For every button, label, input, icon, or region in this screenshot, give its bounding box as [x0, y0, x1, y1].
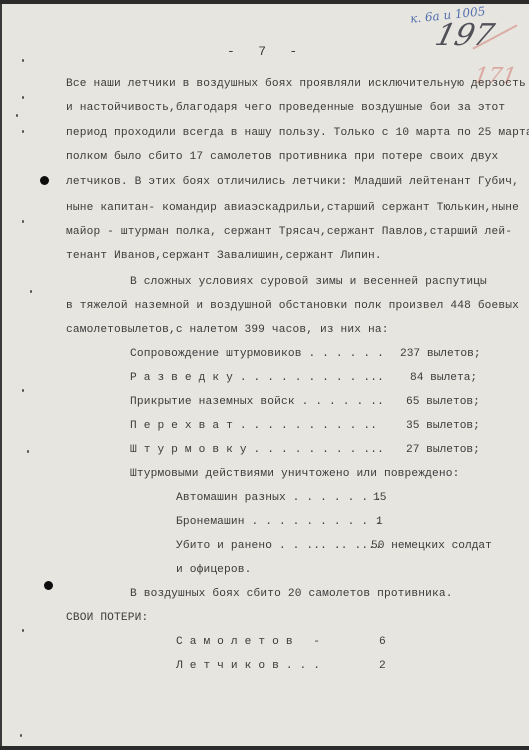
speck-mark [22, 59, 24, 62]
punch-hole-icon [44, 581, 53, 590]
text-line: и настойчивость,благодаря чего проведенн… [66, 102, 505, 114]
text-line: майор - штурман полка, сержант Трясач,се… [66, 226, 512, 238]
destroyed-value: 15 [373, 492, 386, 504]
speck-mark [27, 450, 29, 453]
sortie-value: 65 вылетов; [406, 396, 480, 408]
sortie-label: П е р е х в а т . . . . . . . . . .. [130, 420, 377, 432]
handwritten-folio-number: 197 [432, 18, 498, 53]
loss-label: С а м о л е т о в - [176, 636, 320, 648]
sortie-label: Сопровождение штурмовиков . . . . . . [130, 348, 384, 360]
speck-mark [22, 130, 24, 133]
speck-mark [22, 220, 24, 223]
sortie-label: Прикрытие наземных войск . . . . . .. [130, 396, 384, 408]
speck-mark [22, 389, 24, 392]
loss-label: Л е т ч и к о в . . . [176, 660, 320, 672]
loss-value: 2 [379, 660, 386, 672]
sortie-value: 27 вылетов; [406, 444, 480, 456]
destroyed-label: Убито и ранено . . ... .. .... [176, 540, 382, 552]
page-number: - 7 - [227, 44, 297, 59]
document-page: к. 6а и 1005 197 171 - 7 - Все наши летч… [0, 4, 529, 746]
speck-mark [20, 734, 22, 737]
speck-mark [22, 629, 24, 632]
destroyed-label: Автомашин разных . . . . . . . [176, 492, 382, 504]
sortie-label: Ш т у р м о в к у . . . . . . . . ... [130, 444, 384, 456]
text-line: В сложных условиях суровой зимы и весенн… [130, 276, 487, 288]
text-line: самолетовылетов,с налетом 399 часов, из … [66, 324, 389, 336]
losses-heading: СВОИ ПОТЕРИ: [66, 612, 148, 624]
speck-mark [22, 96, 24, 99]
text-line: летчиков. В этих боях отличились летчики… [66, 176, 519, 188]
destroyed-value: 1 [376, 516, 383, 528]
text-line: в тяжелой наземной и воздушной обстановк… [66, 300, 519, 312]
text-line: полком было сбито 17 самолетов противник… [66, 151, 498, 163]
text-line: тенант Иванов,сержант Завалишин,сержант … [66, 250, 382, 262]
sortie-value: 35 вылетов; [406, 420, 480, 432]
loss-value: 6 [379, 636, 386, 648]
destroyed-label: Бронемашин . . . . . . . . . . [176, 516, 382, 528]
speck-mark [16, 114, 18, 117]
sortie-value: 237 вылетов; [400, 348, 481, 360]
destroyed-value: 50 немецких солдат [371, 540, 492, 552]
sortie-value: 84 вылета; [410, 372, 477, 384]
destroyed-tail: и офицеров. [176, 564, 252, 576]
speck-mark [30, 290, 32, 293]
text-line: период проходили всегда в нашу пользу. Т… [66, 127, 529, 139]
air-kills-line: В воздушных боях сбито 20 самолетов прот… [130, 588, 453, 600]
text-line: ныне капитан- командир авиаэскадрильи,ст… [66, 202, 519, 214]
text-line: Все наши летчики в воздушных боях проявл… [66, 78, 526, 90]
punch-hole-icon [40, 176, 49, 185]
destroyed-heading: Штурмовыми действиями уничтожено или пов… [130, 468, 459, 480]
sortie-label: Р а з в е д к у . . . . . . . . . ... [130, 372, 384, 384]
